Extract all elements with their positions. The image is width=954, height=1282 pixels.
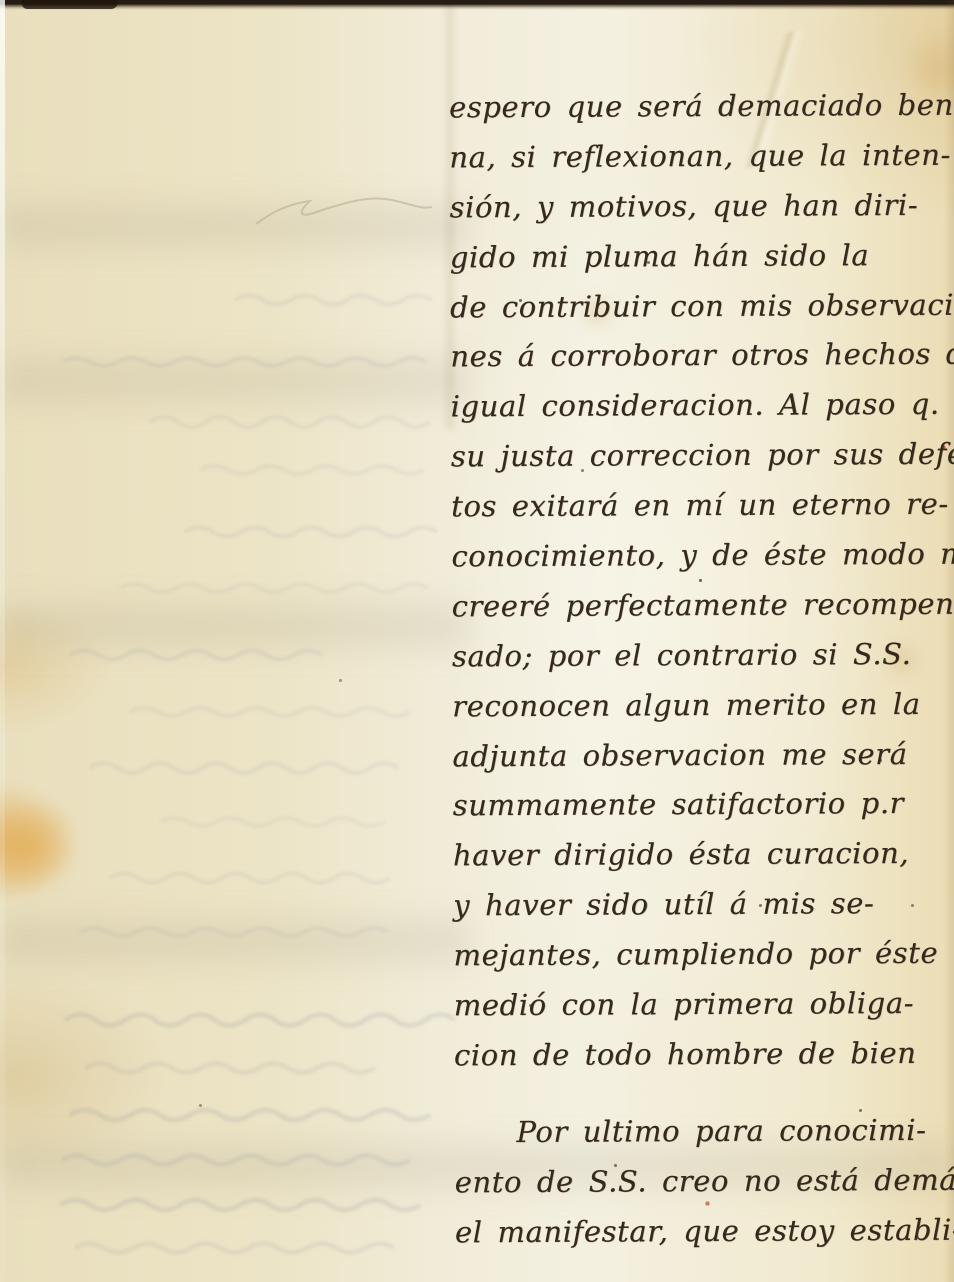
manuscript-line: cion de todo hombre de bien (454, 1031, 954, 1084)
manuscript-line: gido mi pluma hán sido la (450, 232, 952, 285)
manuscript-line: haver dirigido ésta curacion, (453, 831, 954, 884)
manuscript-line: igual consideracion. Al paso q. (450, 382, 952, 435)
manuscript-line: Por ultimo para conocimi- (454, 1107, 954, 1160)
manuscript-line: su justa correccion por sus defec- (451, 432, 953, 485)
manuscript-text: espero que será demaciado benig- na, si … (449, 83, 954, 1260)
manuscript-line: adjunta observacion me será (452, 731, 954, 784)
scan-edge-top (0, 0, 954, 10)
manuscript-line: de contribuir con mis observacio- (450, 282, 952, 335)
manuscript-line: conocimiento, y de éste modo me (451, 532, 953, 585)
manuscript-line: summamente satifactorio p.r (453, 781, 954, 834)
scan-edge-blotch (22, 0, 118, 9)
manuscript-line: el manifestar, que estoy establi- (455, 1207, 954, 1260)
manuscript-line: reconocen algun merito en la (452, 681, 954, 734)
scan-edge-left (0, 0, 5, 1282)
manuscript-line: sión, y motivos, que han diri- (449, 182, 951, 235)
manuscript-page: espero que será demaciado benig- na, si … (0, 0, 954, 1282)
manuscript-line: nes á corroborar otros hechos de (450, 332, 952, 385)
manuscript-line: y haver sido utíl á mis se- (453, 881, 954, 934)
manuscript-line: ento de S.S. creo no está demás (455, 1157, 954, 1210)
manuscript-line: mejantes, cumpliendo por éste (453, 931, 954, 984)
manuscript-line: na, si reflexionan, que la inten- (449, 133, 951, 186)
manuscript-line: medió con la primera obliga- (454, 981, 954, 1034)
manuscript-line: espero que será demaciado benig- (449, 83, 951, 136)
manuscript-line: tos exitará en mí un eterno re- (451, 482, 953, 535)
manuscript-line: sado; por el contrario si S.S. (452, 631, 954, 684)
manuscript-line: creeré perfectamente recompen- (452, 582, 954, 635)
